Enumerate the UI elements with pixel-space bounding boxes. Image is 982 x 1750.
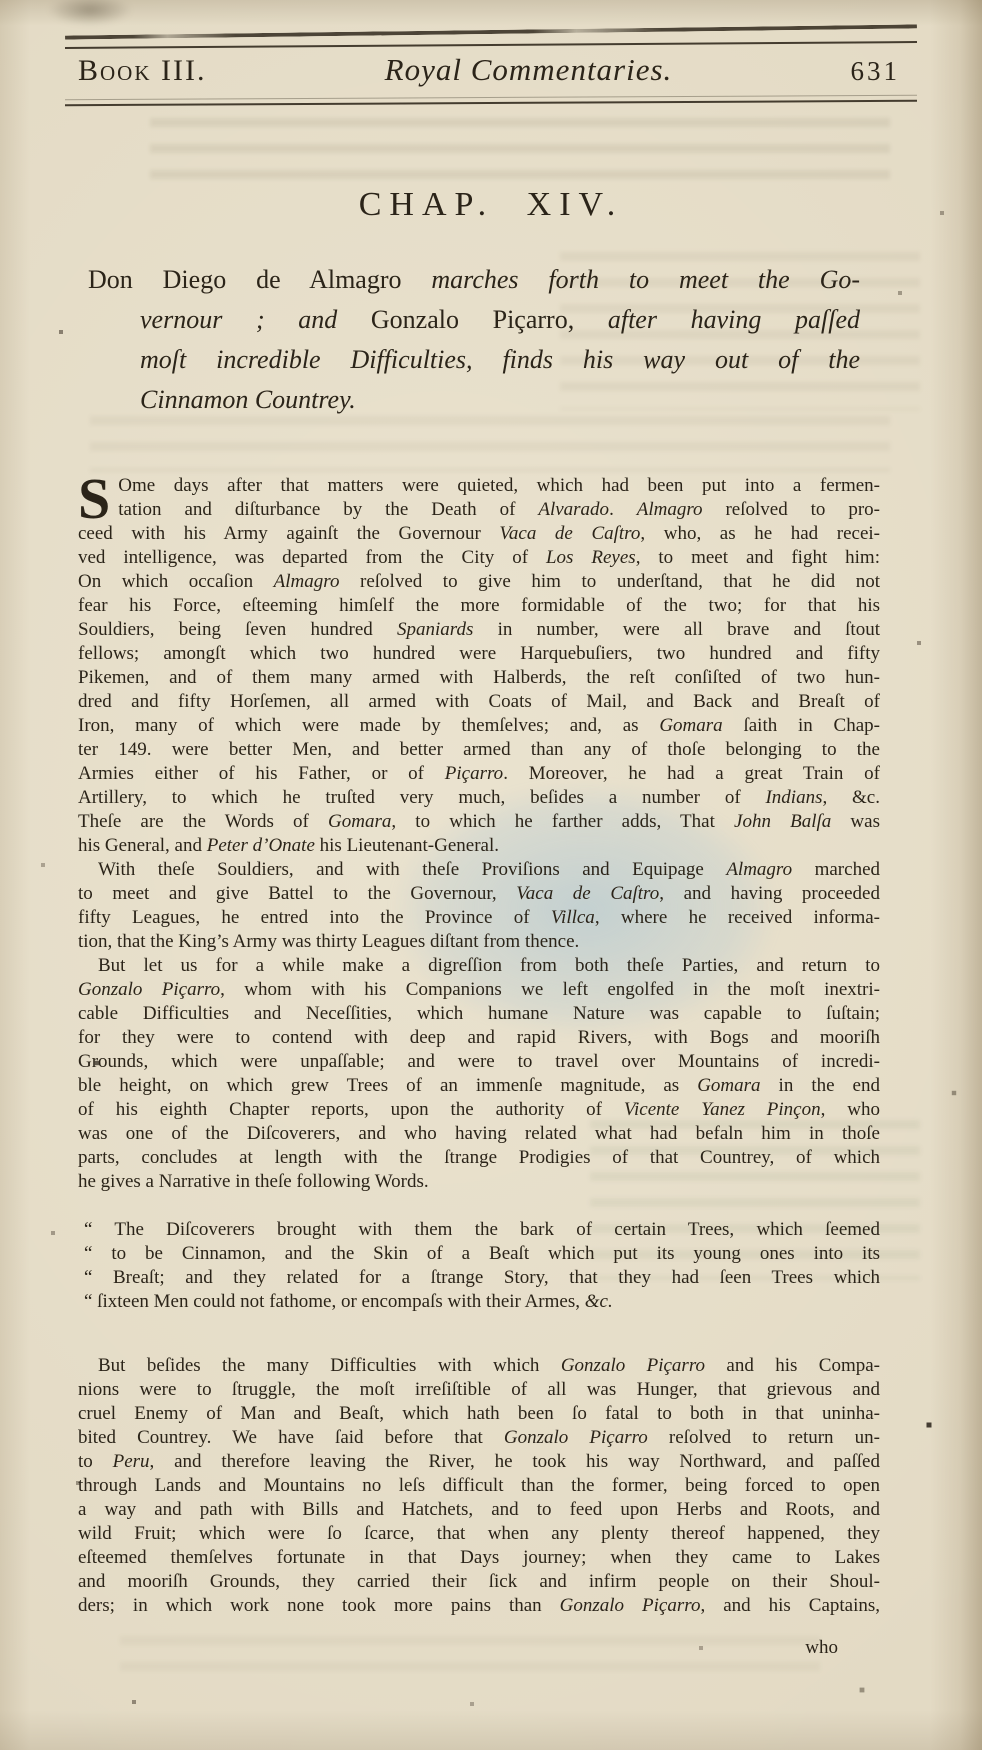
- text-line: nions were to ſtruggle, the moſt irreſiſ…: [78, 1378, 880, 1402]
- text-line: ble height, on which grew Trees of an im…: [78, 1074, 880, 1098]
- book-page-scan: Book III. Royal Commentaries. 631 CHAP. …: [0, 0, 982, 1750]
- text-line: ved intelligence, was departed from the …: [78, 546, 880, 570]
- text-line: of his eighth Chapter reports, upon the …: [78, 1098, 880, 1122]
- paragraph-1: S Ome days after that matters were quiet…: [78, 474, 880, 858]
- text-line: With theſe Souldiers, and with theſe Pro…: [78, 858, 880, 882]
- text-line: moſt incredible Difficulties, finds his …: [88, 340, 860, 380]
- drop-cap-initial: S: [78, 474, 118, 522]
- text-line: Souldiers, being ſeven hundred Spaniards…: [78, 618, 880, 642]
- text-line: cruel Enemy of Man and Beaſt, which hath…: [78, 1402, 880, 1426]
- text-line: ter 149. were better Men, and better arm…: [78, 738, 880, 762]
- bleed-through-text: [150, 118, 890, 190]
- text-line: Armies either of his Father, or of Piçar…: [78, 762, 880, 786]
- text-line: a way and path with Bills and Hatchets, …: [78, 1498, 880, 1522]
- text-line: to Peru, and therefore leaving the River…: [78, 1450, 880, 1474]
- text-line: bited Countrey. We have ſaid before that…: [78, 1426, 880, 1450]
- paragraph-4-quotation: “ The Diſcoverers brought with them the …: [78, 1218, 880, 1314]
- chapter-argument: Don Diego de Almagro marches forth to me…: [88, 260, 860, 420]
- text-line: ceed with his Army againſt the Governour…: [78, 522, 880, 546]
- text-line: “ The Diſcoverers brought with them the …: [108, 1218, 880, 1242]
- text-line: ders; in which work none took more pains…: [78, 1594, 880, 1618]
- book-label: Book III.: [78, 54, 206, 88]
- top-heavy-rule: [65, 24, 917, 39]
- body-text: S Ome days after that matters were quiet…: [78, 474, 880, 1660]
- text-line: through Lands and Mountains no leſs diff…: [78, 1474, 880, 1498]
- text-line: But beſides the many Difficulties with w…: [78, 1354, 880, 1378]
- chapter-heading: CHAP. XIV.: [0, 186, 982, 224]
- text-line: Gonzalo Piçarro, whom with his Companion…: [78, 978, 880, 1002]
- text-line: Cinnamon Countrey.: [88, 380, 860, 420]
- text-line: But let us for a while make a digreſſion…: [78, 954, 880, 978]
- header-rule-echo: [65, 95, 917, 100]
- text-line: Grounds, which were unpaſſable; and were…: [78, 1050, 880, 1074]
- text-line: to meet and give Battel to the Governour…: [78, 882, 880, 906]
- text-line: “ Breaſt; and they related for a ſtrange…: [108, 1266, 880, 1290]
- text-line: fellows; amongſt which two hundred were …: [78, 642, 880, 666]
- text-line: tion, that the King’s Army was thirty Le…: [78, 930, 880, 954]
- paragraph-5: But beſides the many Difficulties with w…: [78, 1354, 880, 1618]
- text-line: Iron, many of which were made by themſel…: [78, 714, 880, 738]
- bleed-through-text: [90, 416, 890, 472]
- text-line: parts, concludes at length with the ſtra…: [78, 1146, 880, 1170]
- text-line: Theſe are the Words of Gomara, to which …: [78, 810, 880, 834]
- text-line: On which occaſion Almagro reſolved to gi…: [78, 570, 880, 594]
- text-line: Pikemen, and of them many armed with Hal…: [78, 666, 880, 690]
- catchword: who: [78, 1636, 880, 1660]
- text-line: cable Difficulties and Neceſſities, whic…: [78, 1002, 880, 1026]
- text-line: dred and fifty Horſemen, all armed with …: [78, 690, 880, 714]
- text-line: Ome days after that matters were quieted…: [78, 474, 880, 498]
- running-header: Book III. Royal Commentaries. 631: [78, 52, 900, 88]
- text-line: Don Diego de Almagro marches forth to me…: [88, 260, 860, 300]
- paragraph-2: With theſe Souldiers, and with theſe Pro…: [78, 858, 880, 954]
- text-line: fear his Force, eſteeming himſelf the mo…: [78, 594, 880, 618]
- text-line: wild Fruit; which were ſo ſcarce, that w…: [78, 1522, 880, 1546]
- paper-speckles: [0, 0, 2, 2]
- top-thin-rule: [65, 41, 917, 49]
- text-line: tation and diſturbance by the Death of A…: [78, 498, 880, 522]
- text-line: his General, and Peter d’Onate his Lieut…: [78, 834, 880, 858]
- running-title: Royal Commentaries.: [206, 52, 850, 88]
- text-line: “ ſixteen Men could not fathome, or enco…: [108, 1290, 880, 1314]
- header-rule: [65, 100, 917, 106]
- page-corner-smudge: [30, 0, 150, 32]
- text-line: and mooriſh Grounds, they carried their …: [78, 1570, 880, 1594]
- text-line: for they were to contend with deep and r…: [78, 1026, 880, 1050]
- text-line: fifty Leagues, he entred into the Provin…: [78, 906, 880, 930]
- text-line: “ to be Cinnamon, and the Skin of a Beaſ…: [108, 1242, 880, 1266]
- text-line: vernour ; and Gonzalo Piçarro, after hav…: [88, 300, 860, 340]
- paragraph-3: But let us for a while make a digreſſion…: [78, 954, 880, 1194]
- paragraph-1-lines: Ome days after that matters were quieted…: [78, 474, 880, 858]
- text-line: Artillery, to which he truſted very much…: [78, 786, 880, 810]
- page-number: 631: [851, 56, 901, 87]
- text-line: was one of the Diſcoverers, and who havi…: [78, 1122, 880, 1146]
- text-line: eſteemed themſelves fortunate in that Da…: [78, 1546, 880, 1570]
- text-line: he gives a Narrative in theſe following …: [78, 1170, 880, 1194]
